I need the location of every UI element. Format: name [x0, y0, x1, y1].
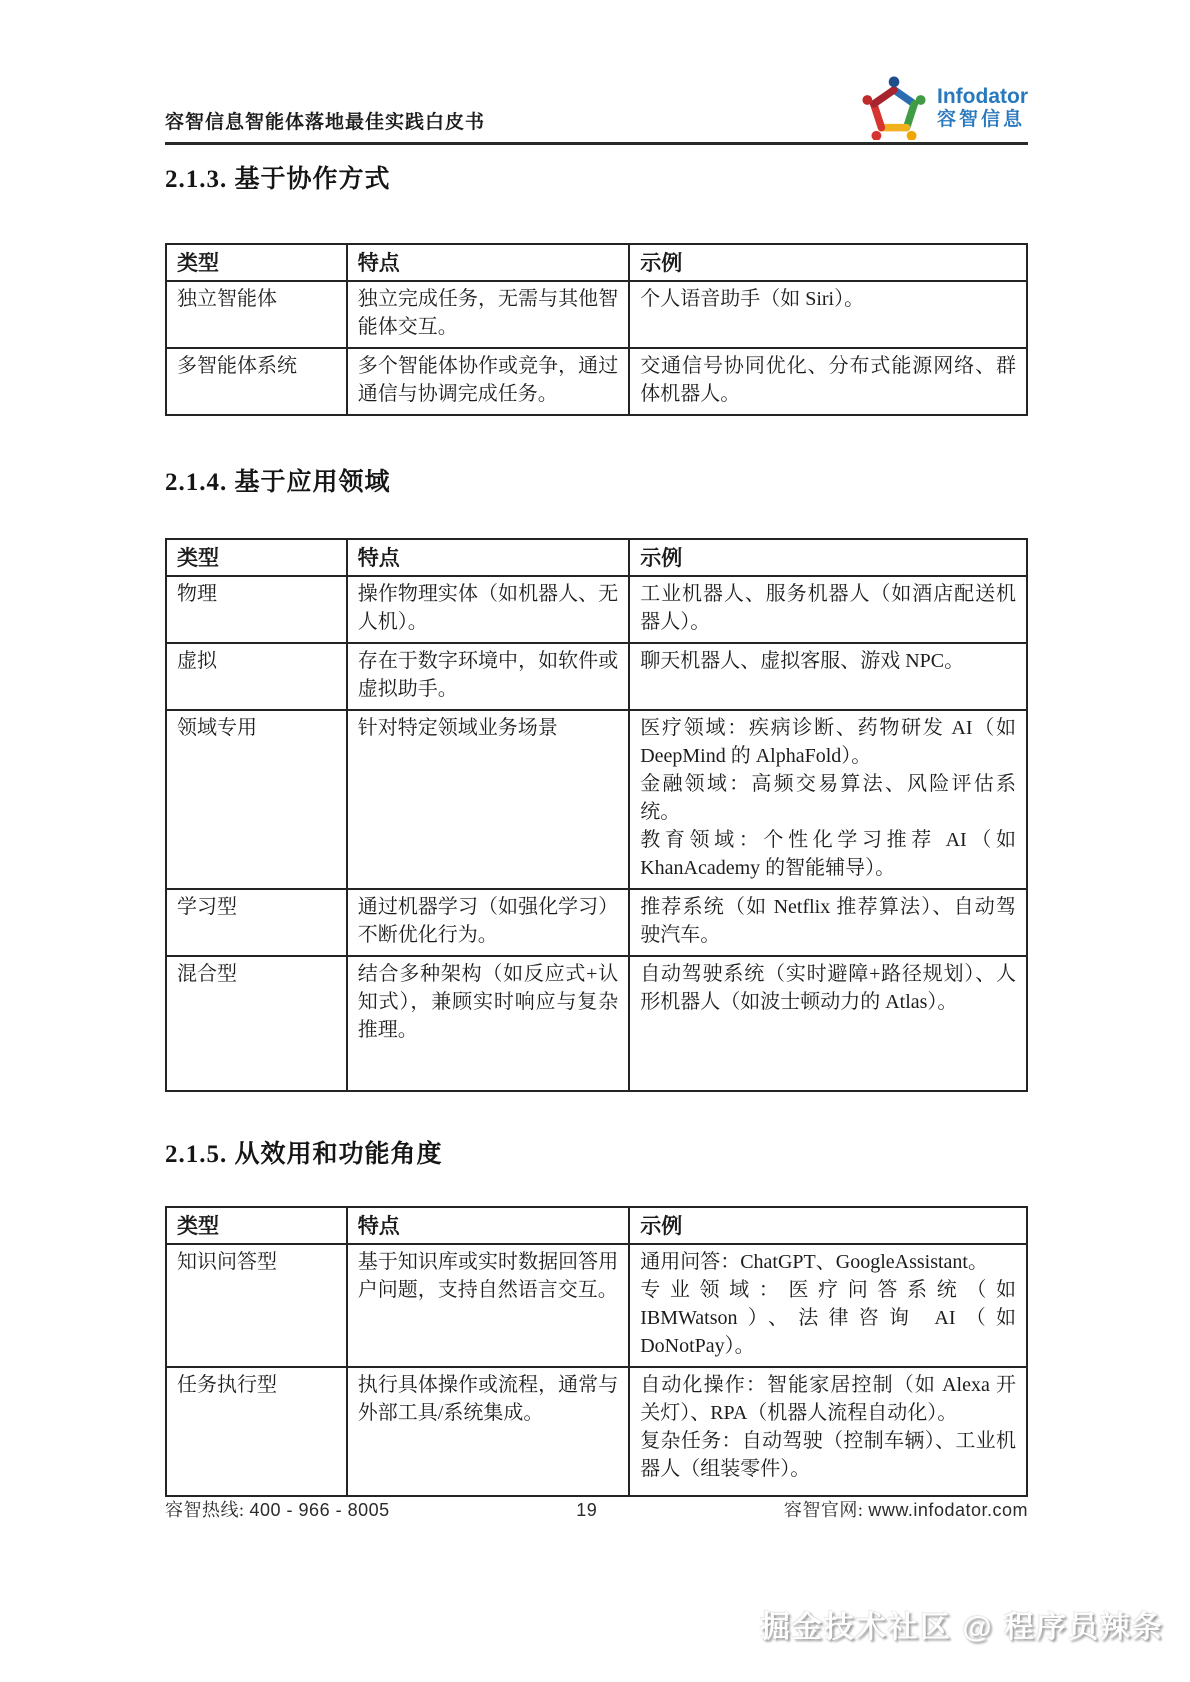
table-cell: 结合多种架构（如反应式+认知式），兼顾实时响应与复杂推理。	[347, 956, 629, 1091]
table-cell: 推荐系统（如 Netflix 推荐算法）、自动驾驶汽车。	[629, 889, 1027, 956]
document-title: 容智信息智能体落地最佳实践白皮书	[165, 107, 485, 142]
footer-hotline-number: 400 - 966 - 8005	[250, 1500, 390, 1520]
table-cell: 自动驾驶系统（实时避障+路径规划）、人形机器人（如波士顿动力的 Atlas）。	[629, 956, 1027, 1091]
document-footer: 容智热线: 400 - 966 - 8005 19 容智官网: www.info…	[165, 1496, 1028, 1522]
table-header-row: 类型特点示例	[166, 244, 1027, 281]
table-cell: 学习型	[166, 889, 347, 956]
table-cell: 基于知识库或实时数据回答用户问题，支持自然语言交互。	[347, 1244, 629, 1367]
table-row: 多智能体系统多个智能体协作或竞争，通过通信与协调完成任务。交通信号协同优化、分布…	[166, 348, 1027, 415]
logo-text: Infodator 容智信息	[937, 85, 1028, 131]
table-row: 任务执行型执行具体操作或流程，通常与外部工具/系统集成。自动化操作：智能家居控制…	[166, 1367, 1027, 1496]
table-cell: 知识问答型	[166, 1244, 347, 1367]
column-header: 示例	[629, 1207, 1027, 1244]
footer-website: 容智官网: www.infodator.com	[784, 1496, 1028, 1522]
footer-website-url: www.infodator.com	[868, 1500, 1028, 1520]
infodator-pentagon-logo-icon	[861, 76, 927, 140]
column-header: 示例	[629, 539, 1027, 576]
table-row: 知识问答型基于知识库或实时数据回答用户问题，支持自然语言交互。通用问答：Chat…	[166, 1244, 1027, 1367]
table-row: 混合型结合多种架构（如反应式+认知式），兼顾实时响应与复杂推理。自动驾驶系统（实…	[166, 956, 1027, 1091]
section-heading-2-1-4: 2.1.4. 基于应用领域	[165, 462, 1028, 498]
table-cell: 物理	[166, 576, 347, 643]
table-row: 虚拟存在于数字环境中，如软件或虚拟助手。聊天机器人、虚拟客服、游戏 NPC。	[166, 643, 1027, 710]
utility-function-table: 类型特点示例 知识问答型基于知识库或实时数据回答用户问题，支持自然语言交互。通用…	[165, 1206, 1028, 1497]
footer-hotline: 容智热线: 400 - 966 - 8005	[165, 1496, 390, 1522]
table-cell: 执行具体操作或流程，通常与外部工具/系统集成。	[347, 1367, 629, 1496]
section-heading-2-1-5: 2.1.5. 从效用和功能角度	[165, 1134, 1028, 1170]
table-cell: 针对特定领域业务场景	[347, 710, 629, 889]
table-cell: 工业机器人、服务机器人（如酒店配送机器人）。	[629, 576, 1027, 643]
table-row: 独立智能体独立完成任务，无需与其他智能体交互。个人语音助手（如 Siri）。	[166, 281, 1027, 348]
table-cell: 独立完成任务，无需与其他智能体交互。	[347, 281, 629, 348]
table-row: 学习型通过机器学习（如强化学习）不断优化行为。推荐系统（如 Netflix 推荐…	[166, 889, 1027, 956]
page-number: 19	[576, 1500, 597, 1521]
column-header: 特点	[347, 1207, 629, 1244]
table-cell: 混合型	[166, 956, 347, 1091]
collaboration-type-table: 类型特点示例 独立智能体独立完成任务，无需与其他智能体交互。个人语音助手（如 S…	[165, 243, 1028, 416]
table-cell: 虚拟	[166, 643, 347, 710]
table-row: 领域专用针对特定领域业务场景医疗领域：疾病诊断、药物研发 AI（如 DeepMi…	[166, 710, 1027, 889]
section-heading-2-1-3: 2.1.3. 基于协作方式	[165, 159, 1028, 195]
column-header: 特点	[347, 539, 629, 576]
table-cell: 医疗领域：疾病诊断、药物研发 AI（如 DeepMind 的 AlphaFold…	[629, 710, 1027, 889]
footer-website-label: 容智官网:	[784, 1500, 864, 1520]
column-header: 类型	[166, 539, 347, 576]
table-cell: 多智能体系统	[166, 348, 347, 415]
table-header-row: 类型特点示例	[166, 539, 1027, 576]
logo-brand-en: Infodator	[937, 85, 1028, 109]
watermark: 掘金技术社区 @ 程序员辣条	[760, 1602, 1164, 1646]
column-header: 示例	[629, 244, 1027, 281]
table-cell: 存在于数字环境中，如软件或虚拟助手。	[347, 643, 629, 710]
column-header: 类型	[166, 244, 347, 281]
page-content: 容智信息智能体落地最佳实践白皮书	[165, 0, 1028, 1497]
table-row: 物理操作物理实体（如机器人、无人机）。工业机器人、服务机器人（如酒店配送机器人）…	[166, 576, 1027, 643]
column-header: 类型	[166, 1207, 347, 1244]
table-cell: 领域专用	[166, 710, 347, 889]
table-cell: 自动化操作：智能家居控制（如 Alexa 开关灯）、RPA（机器人流程自动化）。…	[629, 1367, 1027, 1496]
infodator-logo: Infodator 容智信息	[861, 76, 1028, 142]
column-header: 特点	[347, 244, 629, 281]
logo-brand-cn: 容智信息	[937, 109, 1028, 131]
table-cell: 任务执行型	[166, 1367, 347, 1496]
table-cell: 聊天机器人、虚拟客服、游戏 NPC。	[629, 643, 1027, 710]
footer-hotline-label: 容智热线:	[165, 1500, 245, 1520]
document-page: 容智信息智能体落地最佳实践白皮书	[0, 0, 1190, 1682]
application-domain-table: 类型特点示例 物理操作物理实体（如机器人、无人机）。工业机器人、服务机器人（如酒…	[165, 538, 1028, 1092]
table-cell: 操作物理实体（如机器人、无人机）。	[347, 576, 629, 643]
table-header-row: 类型特点示例	[166, 1207, 1027, 1244]
table-cell: 交通信号协同优化、分布式能源网络、群体机器人。	[629, 348, 1027, 415]
document-header: 容智信息智能体落地最佳实践白皮书	[165, 0, 1028, 145]
table-cell: 通过机器学习（如强化学习）不断优化行为。	[347, 889, 629, 956]
table-cell: 通用问答：ChatGPT、GoogleAssistant。 专业领域：医疗问答系…	[629, 1244, 1027, 1367]
table-cell: 多个智能体协作或竞争，通过通信与协调完成任务。	[347, 348, 629, 415]
table-cell: 独立智能体	[166, 281, 347, 348]
table-cell: 个人语音助手（如 Siri）。	[629, 281, 1027, 348]
